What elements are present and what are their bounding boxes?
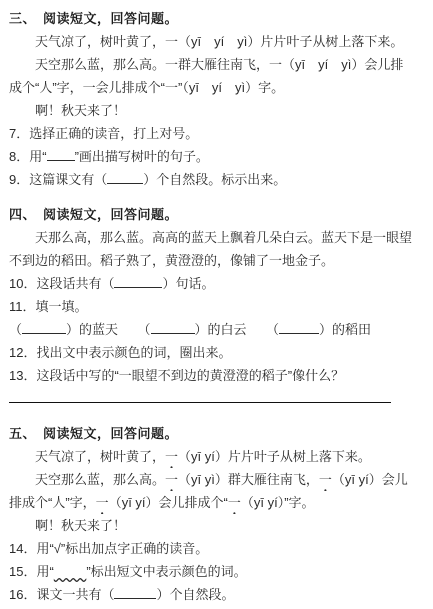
dotted-char: 一 (165, 445, 178, 468)
section-three: 三、 阅读短文，回答问题。 天气凉了，树叶黄了，一（yī yí yì）片片叶子从… (9, 7, 424, 191)
question-item-9: 9．这篇课文有（）个自然段。标示出来。 (9, 168, 424, 191)
section-heading: 三、 阅读短文，回答问题。 (9, 7, 424, 30)
text-run: 三、 阅读短文，回答问题。 (9, 11, 178, 26)
question-item-7: 7．选择正确的读音，打上对号。 (9, 122, 424, 145)
text-run: 不到边的稻田。稻子熟了，黄澄澄的，像铺了一地金子。 (9, 253, 334, 268)
text-run: 10．这段话共有（ (9, 276, 114, 291)
text-run: 天气凉了，树叶黄了， (35, 449, 165, 464)
text-run: ”画出描写树叶的句子。 (75, 149, 209, 164)
text-run: ）的蓝天 （ (66, 322, 151, 337)
text-run: 9．这篇课文有（ (9, 172, 107, 187)
text-run: 11．填一填。 (9, 299, 88, 314)
blank-underline (107, 171, 143, 184)
text-run: （yī yí）会儿排成个“ (109, 495, 228, 510)
dotted-char: 一 (228, 491, 241, 514)
text-run: 排成个“人”字， (9, 495, 96, 510)
text-run: 16．课文一共有（ (9, 587, 114, 602)
section-heading: 五、 阅读短文，回答问题。 (9, 422, 424, 445)
blank-underline (151, 321, 195, 334)
text-run: 五、 阅读短文，回答问题。 (9, 426, 178, 441)
answer-line (9, 387, 424, 410)
text-run: ）句话。 (162, 276, 214, 291)
passage-line: 天空那么蓝，那么高。一（yī yì）群大雁往南飞，一（yī yí）会儿 (9, 468, 424, 491)
dotted-char: 一 (165, 468, 178, 491)
question-item-15: 15．用“ ”标出短文中表示颜色的词。 (9, 560, 424, 583)
question-item-8: 8．用“”画出描写树叶的句子。 (9, 145, 424, 168)
question-item-10: 10．这段话共有（）句话。 (9, 272, 424, 295)
passage-line: 啊！秋天来了！ (9, 99, 424, 122)
fill-blanks-line: （）的蓝天 （）的白云 （）的稻田 (9, 318, 424, 341)
section-four: 四、 阅读短文，回答问题。 天那么高，那么蓝。高高的蓝天上飘着几朵白云。蓝天下是… (9, 203, 424, 410)
passage-line: 不到边的稻田。稻子熟了，黄澄澄的，像铺了一地金子。 (9, 249, 424, 272)
blank-underline (114, 586, 156, 599)
text-run: （yī yí）片片叶子从树上落下来。 (178, 449, 371, 464)
section-five: 五、 阅读短文，回答问题。 天气凉了，树叶黄了，一（yī yí）片片叶子从树上落… (9, 422, 424, 606)
passage-line: 成个“人”字，一会儿排成个“一”（yī yí yì）字。 (9, 76, 424, 99)
text-run: 天空那么蓝，那么高。 (35, 472, 165, 487)
text-run: 啊！秋天来了！ (35, 103, 126, 118)
text-run: （yī yí）”字。 (241, 495, 315, 510)
question-item-12: 12．找出文中表示颜色的词，圈出来。 (9, 341, 424, 364)
passage-line: 排成个“人”字，一（yī yí）会儿排成个“一（yī yí）”字。 (9, 491, 424, 514)
passage-line: 天空那么蓝，那么高。一群大雁往南飞，一（yī yí yì）会儿排 (9, 53, 424, 76)
passage-line: 啊！秋天来了！ (9, 514, 424, 537)
question-item-13: 13．这段话中写的“一眼望不到边的黄澄澄的稻子”像什么？ (9, 364, 424, 387)
text-run: ）个自然段。 (156, 587, 234, 602)
passage-line: 天气凉了，树叶黄了，一（yī yí yì）片片叶子从树上落下来。 (9, 30, 424, 53)
question-item-11: 11．填一填。 (9, 295, 424, 318)
blank-underline (279, 321, 319, 334)
text-run: ”标出短文中表示颜色的词。 (86, 564, 246, 579)
text-run: 13．这段话中写的“一眼望不到边的黄澄澄的稻子”像什么？ (9, 368, 344, 383)
text-run: 15．用“ (9, 564, 54, 579)
answer-rule (9, 390, 391, 403)
text-run: （ (9, 322, 22, 337)
passage-line: 天气凉了，树叶黄了，一（yī yí）片片叶子从树上落下来。 (9, 445, 424, 468)
wavy-underline (54, 564, 87, 579)
dotted-char: 一 (96, 491, 109, 514)
text-run: 12．找出文中表示颜色的词，圈出来。 (9, 345, 231, 360)
text-run: ）的稻田 (319, 322, 371, 337)
text-run: 啊！秋天来了！ (35, 518, 126, 533)
question-item-14: 14．用“√”标出加点字正确的读音。 (9, 537, 424, 560)
text-run: 14．用“√”标出加点字正确的读音。 (9, 541, 208, 556)
text-run: 天气凉了，树叶黄了，一（yī yí yì）片片叶子从树上落下来。 (35, 34, 403, 49)
text-run: 7．选择正确的读音，打上对号。 (9, 126, 198, 141)
text-run: （yī yí）会儿 (332, 472, 408, 487)
text-run: 天那么高，那么蓝。高高的蓝天上飘着几朵白云。蓝天下是一眼望 (35, 230, 412, 245)
text-run: ）个自然段。标示出来。 (143, 172, 286, 187)
blank-underline (22, 321, 66, 334)
text-run: （yī yì）群大雁往南飞， (178, 472, 319, 487)
text-run: 成个“人”字，一会儿排成个“一”（yī yí yì）字。 (9, 80, 284, 95)
text-run: ）的白云 （ (195, 322, 280, 337)
question-item-16: 16．课文一共有（）个自然段。 (9, 583, 424, 606)
passage-line: 天那么高，那么蓝。高高的蓝天上飘着几朵白云。蓝天下是一眼望 (9, 226, 424, 249)
dotted-char: 一 (319, 468, 332, 491)
text-run: 四、 阅读短文，回答问题。 (9, 207, 178, 222)
section-heading: 四、 阅读短文，回答问题。 (9, 203, 424, 226)
text-run: 天空那么蓝，那么高。一群大雁往南飞，一（yī yí yì）会儿排 (35, 57, 403, 72)
blank-underline (47, 148, 75, 161)
blank-underline (114, 275, 162, 288)
text-run: 8．用“ (9, 149, 47, 164)
worksheet-page: 三、 阅读短文，回答问题。 天气凉了，树叶黄了，一（yī yí yì）片片叶子从… (0, 0, 433, 609)
